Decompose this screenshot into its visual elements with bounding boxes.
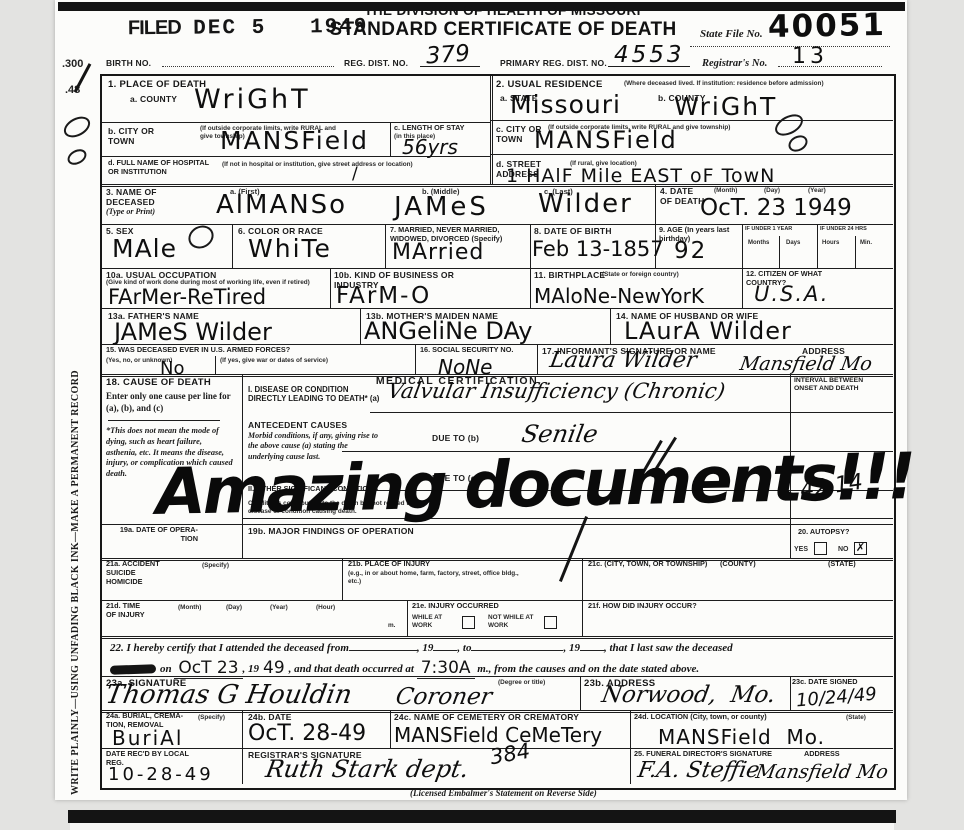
date-of-birth-label: 8. DATE OF BIRTH [534,226,612,236]
date-of-death-value: OcT. 23 1949 [700,195,852,221]
grid-line [742,268,743,308]
days-label: Days [786,240,800,248]
birth-no-blank [162,66,334,67]
place-of-injury-label: 21b. PLACE OF INJURY [348,560,430,569]
certificate-form: 1. PLACE OF DEATH a. COUNTY WriGhT b. CI… [100,74,896,790]
grid-line [490,154,893,155]
certify-text: 22. I hereby certify that I attended the… [110,642,349,654]
armed-forces-note2: (If yes, give war or dates of service) [220,357,410,365]
armed-forces-value: No [160,358,184,379]
grid-line [242,710,243,784]
usual-residence-note: (Where deceased lived. If institution: r… [624,80,889,88]
min-label: Min. [860,240,872,248]
grid-line [490,76,493,184]
disease-condition-label: I. DISEASE OR CONDITION DIRECTLY LEADING… [248,385,380,404]
hours-label: Hours [822,240,839,248]
ink-scribble [60,112,93,141]
grid-line [630,710,631,784]
county-label: a. COUNTY [130,94,177,104]
city-value: MANSField [220,126,369,155]
cemetery-location-label: 24d. LOCATION (City, town, or county) [634,713,824,722]
reg-dist-label: REG. DIST. NO. [344,58,408,68]
business-value: FArM-O [336,283,431,309]
grid-line [360,308,361,344]
injury-day-label: (Day) [226,604,242,612]
informant-address-value: Mansfield Mo [738,353,874,375]
last-seen-year-value: 49 [259,658,289,678]
due-to-b-label: DUE TO (b) [432,433,479,443]
birthplace-value: MAloNe-NewYorK [534,284,704,308]
armed-forces-note1: (Yes, no, or unknown) [106,357,206,365]
registrar-signature-value: Ruth Stark dept. [264,755,471,783]
burial-specify-note: (Specify) [198,714,225,722]
grid-line [610,308,611,344]
injury-county-label: (COUNTY) [720,560,756,569]
state-file-line [690,46,890,47]
division-heading: THE DIVISION OF HEALTH OF MISSOURI [330,3,675,18]
margin-instruction-text: WRITE PLAINLY—USING UNFADING BLACK INK—M… [70,145,81,795]
injury-month-label: (Month) [178,604,201,612]
date-signed-value: 10/24/49 [795,684,877,712]
ink-mark [559,516,588,582]
blank-line [433,639,457,651]
place-of-death-title: 1. PLACE OF DEATH [108,79,206,90]
primary-reg-line [608,66,690,67]
registrar-label: Registrar's No. [702,57,767,71]
ssn-label: 16. SOCIAL SECURITY NO. [420,346,515,355]
injury-occurred-label: 21e. INJURY OCCURRED [412,602,499,611]
injury-hour-label: (Hour) [316,604,335,612]
residence-county-value: WriGhT [674,92,777,121]
if-under-24-hrs-label: IF UNDER 24 HRS [820,226,890,233]
grid-line [215,356,216,374]
coroner-signature: Thomas G Houldin [103,680,354,710]
spouse-name-value: LAurA Wilder [624,317,792,345]
county-value: WriGhT [194,84,311,115]
color-race-value: WhiTe [248,234,332,263]
months-label: Months [748,240,769,248]
marital-status-value: MArried [392,240,484,265]
grid-line [855,236,856,268]
next-page-edge [68,810,896,823]
grid-line [790,676,791,710]
ink-scribble [786,132,811,155]
father-name-value: JAMeS Wilder [114,318,272,346]
grid-line [385,224,386,268]
armed-forces-label: 15. WAS DECEASED EVER IN U.S. ARMED FORC… [106,346,336,355]
time-of-injury-label: 21d. TIME OF INJURY [106,602,152,620]
ink-scribble [184,221,217,253]
autopsy-no-checkbox[interactable]: ✗ [854,542,867,555]
grid-line [330,268,331,308]
major-findings-label: 19b. MAJOR FINDINGS OF OPERATION [248,526,414,536]
hospital-label: d. FULL NAME OF HOSPITAL OR INSTITUTION [108,159,216,177]
state-file-label: State File No. [700,27,763,41]
primary-reg-number: 4553 [614,42,685,68]
certify-text: , and that death occurred at [289,663,414,675]
birth-no-label: BIRTH NO. [106,58,151,68]
grid-line [530,224,531,268]
grid-line [407,600,408,636]
autopsy-yes-label: YES [794,546,808,555]
not-while-at-work-checkbox[interactable] [544,616,557,629]
cemetery-label: 24c. NAME OF CEMETERY OR CREMATORY [394,712,629,722]
date-received-value: 10-28-49 [108,764,214,785]
accident-specify-note: (Specify) [202,562,229,570]
primary-reg-label: PRIMARY REG. DIST. NO. [500,58,607,68]
certify-text: , 19 [563,642,580,654]
grid-line [232,224,233,268]
hospital-value: / [352,164,358,184]
filed-stamp-label: FILED [128,17,181,40]
residence-state-value: Missouri [510,90,621,119]
grid-line [742,224,743,268]
while-at-work-checkbox[interactable] [462,616,475,629]
birthplace-label: 11. BIRTHPLACE [534,270,605,280]
certify-text: , 19 [243,663,260,675]
embalmer-footer-note: (Licensed Embalmer's Statement on Revers… [410,788,597,800]
date-of-death-day: (Day) [764,187,780,195]
burial-value: BuriAl [112,726,183,750]
date-of-death-year: (Year) [808,187,826,195]
certify-text: , to [457,642,471,654]
funeral-director-address-value: Mansfield Mo [754,761,890,783]
cause-of-death-label: 18. CAUSE OF DEATH [106,377,226,388]
interval-label: INTERVAL BETWEEN ONSET AND DEATH [794,377,886,393]
place-of-injury-note: (e.g., in or about home, farm, factory, … [348,570,528,586]
grid-line [102,558,893,561]
injury-city-label: 21c. (CITY, TOWN, OR TOWNSHIP) [588,560,707,569]
citizen-value: U.S.A. [754,282,829,306]
mother-name-value: ANGeliNe DAy [364,317,532,345]
certify-text: , 19 [417,642,434,654]
certify-text: on [160,663,172,675]
middle-name-value: JAMeS [394,192,489,222]
blank-line [471,639,563,651]
name-of-deceased-label: 3. NAME OF DECEASED [106,187,168,207]
death-time-value: 7:30A [417,658,475,679]
divider [108,420,220,421]
grid-line [415,344,416,374]
certificate-title: STANDARD CERTIFICATE OF DEATH [318,19,688,41]
grid-line [655,184,656,224]
blank-line [580,639,604,651]
street-address-value: 1 HAlF Mile EAST oF TowN [506,165,775,187]
grid-line [580,676,581,710]
grid-line [537,344,538,374]
injury-state-label: (STATE) [828,560,856,569]
antecedent-causes-label: ANTECEDENT CAUSES [248,420,347,430]
not-while-at-work-label: NOT WHILE AT WORK [488,614,540,630]
watermark: Amazing documents!!! [155,440,914,530]
grid-line [390,710,391,748]
state-file-number: 40051 [768,7,886,45]
how-did-injury-occur-label: 21f. HOW DID INJURY OCCUR? [588,602,697,611]
informant-signature: Laura Wilder [548,348,699,373]
length-of-stay-value: 56yrs [402,135,458,159]
degree-or-title-note: (Degree or title) [498,679,545,687]
signer-address-value: Norwood, Mo. [600,682,778,708]
accident-suicide-homicide-label: 21a. ACCIDENT SUICIDE HOMICIDE [106,560,168,586]
cause-of-death-note1: Enter only one cause per line for (a), (… [106,391,232,414]
next-page-body [70,823,894,830]
certify-statement-line2: on OcT 23, 1949, and that death occurred… [110,657,699,678]
grid-line [582,558,583,636]
birthplace-note: (State or foreign country) [602,271,679,279]
autopsy-no-label: NO [838,546,849,555]
cemetery-location-value: MANSField Mo. [658,725,825,749]
first-name-value: AlMANSo [216,190,347,220]
city-label: b. CITY OR TOWN [108,126,156,146]
occupation-value: FArMer-ReTired [108,285,266,309]
certify-text: m., from the causes and on the date stat… [477,663,699,675]
grid-line [342,558,343,600]
grid-line [530,268,531,308]
grid-line [779,236,780,268]
cemetery-location-state-note: (State) [846,714,866,722]
funeral-director-signature: F.A. Steffie [636,758,762,783]
corner-mark-1: .300 [62,58,83,70]
last-seen-date-value: OcT 23 [174,658,242,679]
sex-value: MAle [112,234,177,263]
last-name-value: Wilder [538,189,633,219]
reg-dist-line [420,66,480,67]
if-under-1-year-label: IF UNDER 1 YEAR [745,226,815,233]
date-of-death-month: (Month) [714,187,737,195]
date-of-birth-value: Feb 13-1857 [532,237,664,261]
hospital-note: (If not in hospital or institution, give… [222,161,472,169]
burial-date-value: OcT. 28-49 [248,721,366,746]
scribble-strikeout [110,664,156,675]
certify-text: , that I last saw the deceased [604,642,733,654]
autopsy-label: 20. AUTOPSY? [798,528,850,537]
certify-statement-line1: 22. I hereby certify that I attended the… [110,639,733,655]
injury-year-label: (Year) [270,604,288,612]
funeral-director-address-label: ADDRESS [804,750,840,759]
registrar-line [778,66,882,67]
usual-residence-title: 2. USUAL RESIDENCE [496,79,603,90]
cause-a-line [370,412,893,413]
while-at-work-label: WHILE AT WORK [412,614,460,630]
blank-line [349,639,417,651]
autopsy-yes-checkbox[interactable] [814,542,827,555]
coroner-title-value: Coroner [394,684,494,710]
cause-b-value: Senile [520,420,601,448]
injury-m-label: m. [388,622,395,630]
residence-city-value: MANSField [534,126,678,154]
age-value: 92 [674,238,707,264]
cause-a-value: Valvular Insufficiency (Chronic) [386,379,727,403]
type-or-print-note: (Type or Print) [106,207,155,217]
grid-line [390,122,391,156]
length-of-stay-label: c. LENGTH OF STAY [394,124,486,133]
grid-line [817,224,818,268]
